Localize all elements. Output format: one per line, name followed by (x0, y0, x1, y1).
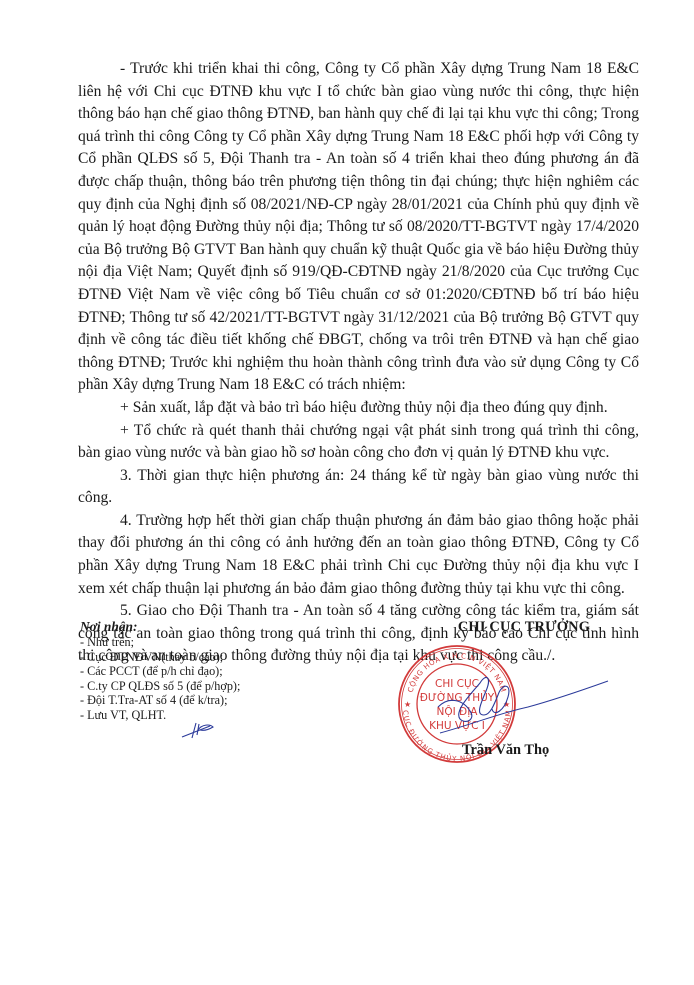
signer-title: CHI CỤC TRƯỞNG (436, 619, 612, 636)
recipient-item: - Các PCCT (để p/h chỉ đạo); (80, 664, 340, 679)
recipient-item: - Đội T.Tra-AT số 4 (để k/tra); (80, 693, 340, 708)
paragraph-item-3-duration: 3. Thời gian thực hiện phương án: 24 thá… (78, 465, 639, 510)
handwritten-signature-icon (430, 655, 610, 755)
recipient-item: - Cục ĐTNĐVN(thay b/cáo); (80, 650, 340, 665)
initials-mark-icon (180, 720, 216, 740)
document-page: - Trước khi triển khai thi công, Công ty… (0, 0, 694, 985)
recipient-item: - C.ty CP QLĐS số 5 (để p/hợp); (80, 679, 340, 694)
recipients-block: Nơi nhận: - Như trên; - Cục ĐTNĐVN(thay … (80, 619, 340, 723)
paragraph-item-4-reapproval: 4. Trường hợp hết thời gian chấp thuận p… (78, 510, 639, 600)
document-body: - Trước khi triển khai thi công, Công ty… (78, 58, 639, 668)
paragraph-construction-requirements: - Trước khi triển khai thi công, Công ty… (78, 58, 639, 397)
recipient-item: - Như trên; (80, 635, 340, 650)
paragraph-bullet-clearance: + Tổ chức rà quét thanh thải chướng ngại… (78, 420, 639, 465)
recipients-title: Nơi nhận: (80, 619, 340, 635)
signer-name: Trần Văn Thọ (462, 742, 572, 759)
paragraph-bullet-signage: + Sản xuất, lắp đặt và bảo trì báo hiệu … (78, 397, 639, 420)
svg-text:★: ★ (404, 700, 411, 709)
